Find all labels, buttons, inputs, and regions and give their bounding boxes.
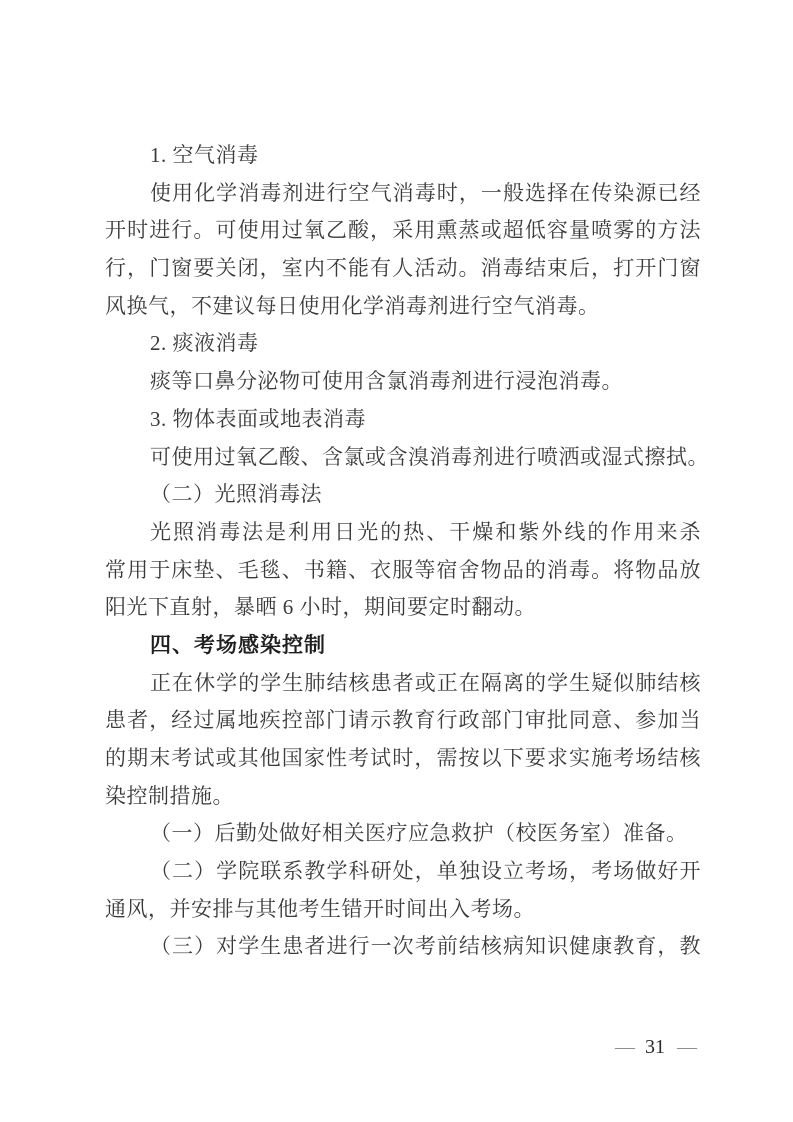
text-line: 1. 空气消毒 (105, 137, 701, 175)
text-line: 的期末考试或其他国家性考试时，需按以下要求实施考场结核感 (105, 740, 701, 778)
page-number: —31— (595, 1036, 715, 1059)
page-number-value: 31 (645, 1036, 665, 1058)
text-line: 痰等口鼻分泌物可使用含氯消毒剂进行浸泡消毒。 (105, 363, 701, 401)
text-line: 正在休学的学生肺结核患者或正在隔离的学生疑似肺结核 (105, 665, 701, 703)
section-heading: 四、考场感染控制 (105, 627, 701, 665)
text-line: 染控制措施。 (105, 778, 701, 816)
text-line: （二）光照消毒法 (105, 476, 701, 514)
text-line: 开时进行。可使用过氧乙酸，采用熏蒸或超低容量喷雾的方法进 (105, 212, 701, 250)
text-line: （一）后勤处做好相关医疗应急救护（校医务室）准备。 (105, 815, 701, 853)
text-line: 风换气，不建议每日使用化学消毒剂进行空气消毒。 (105, 288, 701, 326)
text-line: 行，门窗要关闭，室内不能有人活动。消毒结束后，打开门窗通 (105, 250, 701, 288)
page-number-dash-left: — (615, 1036, 633, 1058)
page-number-dash-right: — (677, 1036, 695, 1058)
text-line: 患者，经过属地疾控部门请示教育行政部门审批同意、参加当年 (105, 702, 701, 740)
text-line: 光照消毒法是利用日光的热、干燥和紫外线的作用来杀菌， (105, 514, 701, 552)
text-line: 通风，并安排与其他考生错开时间出入考场。 (105, 891, 701, 929)
text-line: 阳光下直射，暴晒 6 小时，期间要定时翻动。 (105, 589, 701, 627)
document-body: 1. 空气消毒使用化学消毒剂进行空气消毒时，一般选择在传染源已经离开时进行。可使… (105, 137, 701, 966)
text-line: 使用化学消毒剂进行空气消毒时，一般选择在传染源已经离 (105, 175, 701, 213)
text-line: 3. 物体表面或地表消毒 (105, 401, 701, 439)
document-page: 1. 空气消毒使用化学消毒剂进行空气消毒时，一般选择在传染源已经离开时进行。可使… (0, 0, 793, 1122)
text-line: （三）对学生患者进行一次考前结核病知识健康教育，教育 (105, 928, 701, 966)
text-line: 常用于床垫、毛毯、书籍、衣服等宿舍物品的消毒。将物品放在 (105, 552, 701, 590)
text-line: 2. 痰液消毒 (105, 325, 701, 363)
text-line: 可使用过氧乙酸、含氯或含溴消毒剂进行喷洒或湿式擦拭。 (105, 439, 701, 477)
text-line: （二）学院联系教学科研处，单独设立考场，考场做好开窗 (105, 853, 701, 891)
